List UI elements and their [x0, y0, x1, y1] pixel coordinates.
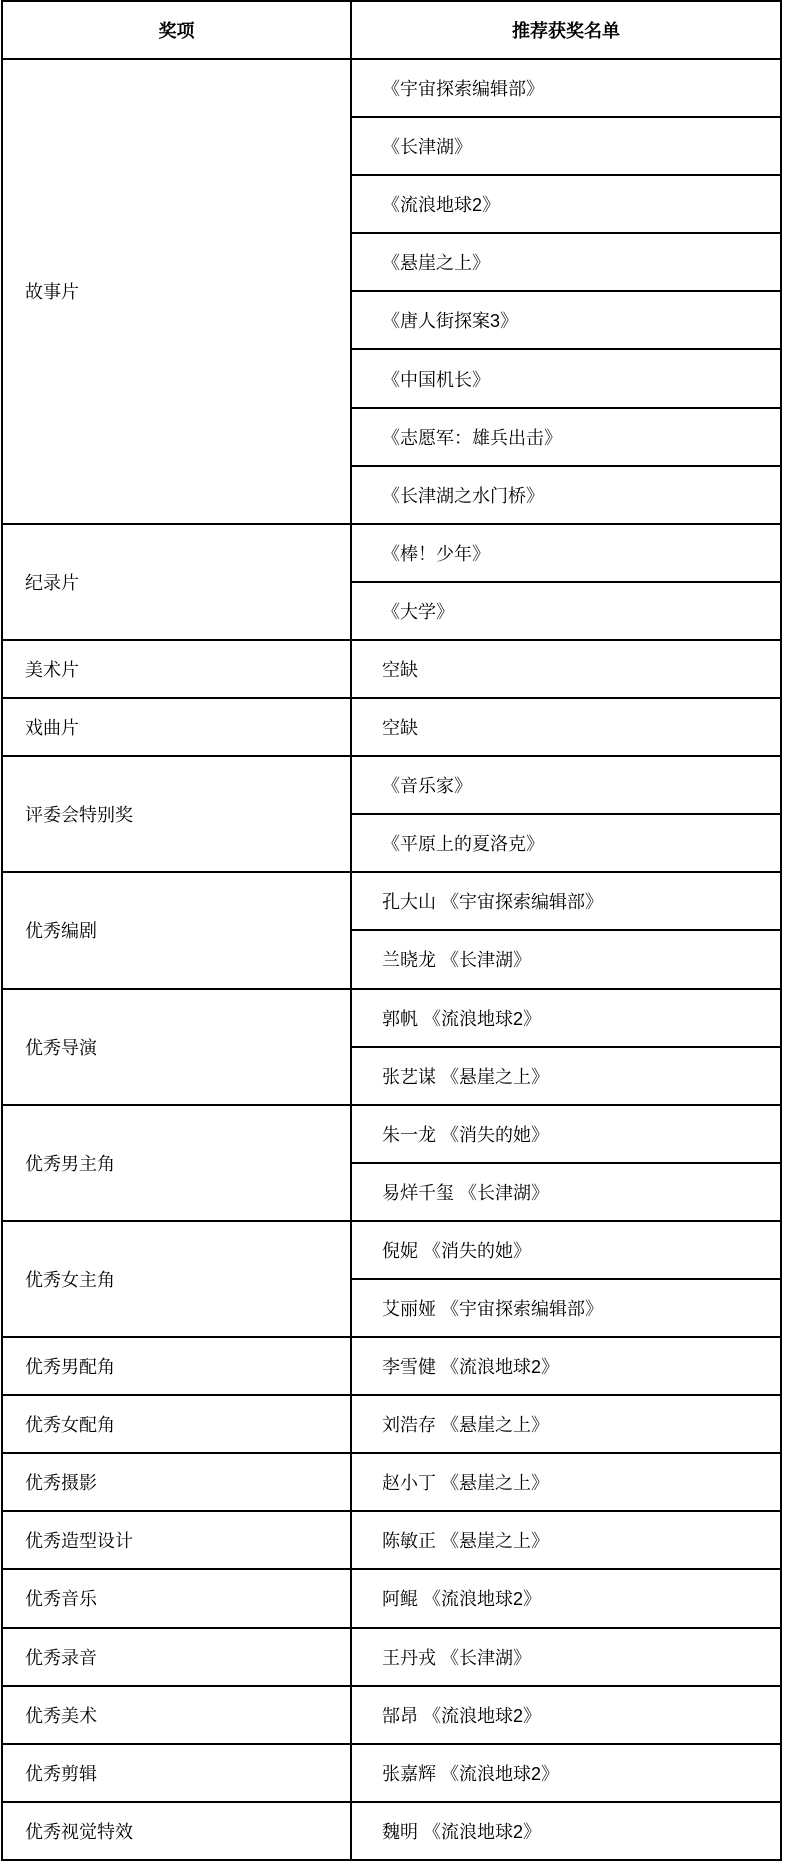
table-body: 故事片《宇宙探索编辑部》《长津湖》《流浪地球2》《悬崖之上》《唐人街探案3》《中… [2, 59, 781, 1860]
award-cell: 优秀摄影 [2, 1453, 351, 1511]
award-cell: 优秀编剧 [2, 872, 351, 988]
award-cell: 评委会特别奖 [2, 756, 351, 872]
table-row: 戏曲片空缺 [2, 698, 781, 756]
winner-cell: 《悬崖之上》 [351, 233, 781, 291]
award-cell: 优秀男主角 [2, 1105, 351, 1221]
winner-cell: 空缺 [351, 640, 781, 698]
winner-cell: 倪妮 《消失的她》 [351, 1221, 781, 1279]
winner-cell: 《唐人街探案3》 [351, 291, 781, 349]
winner-cell: 《音乐家》 [351, 756, 781, 814]
winner-cell: 易烊千玺 《长津湖》 [351, 1163, 781, 1221]
award-cell: 优秀录音 [2, 1628, 351, 1686]
awards-table: 奖项 推荐获奖名单 故事片《宇宙探索编辑部》《长津湖》《流浪地球2》《悬崖之上》… [1, 0, 782, 1861]
table-row: 评委会特别奖《音乐家》 [2, 756, 781, 814]
award-cell: 优秀美术 [2, 1686, 351, 1744]
award-cell: 戏曲片 [2, 698, 351, 756]
winner-cell: 孔大山 《宇宙探索编辑部》 [351, 872, 781, 930]
winner-cell: 阿鲲 《流浪地球2》 [351, 1569, 781, 1627]
table-row: 优秀录音王丹戎 《长津湖》 [2, 1628, 781, 1686]
table-row: 优秀摄影赵小丁 《悬崖之上》 [2, 1453, 781, 1511]
winner-cell: 《大学》 [351, 582, 781, 640]
winners-column-header: 推荐获奖名单 [351, 1, 781, 59]
winner-cell: 魏明 《流浪地球2》 [351, 1802, 781, 1860]
award-cell: 优秀视觉特效 [2, 1802, 351, 1860]
winner-cell: 《流浪地球2》 [351, 175, 781, 233]
winner-cell: 朱一龙 《消失的她》 [351, 1105, 781, 1163]
table-row: 优秀导演郭帆 《流浪地球2》 [2, 989, 781, 1047]
award-cell: 优秀男配角 [2, 1337, 351, 1395]
table-row: 纪录片《棒！少年》 [2, 524, 781, 582]
award-cell: 优秀女配角 [2, 1395, 351, 1453]
award-cell: 优秀女主角 [2, 1221, 351, 1337]
award-cell: 故事片 [2, 59, 351, 524]
award-column-header: 奖项 [2, 1, 351, 59]
winner-cell: 李雪健 《流浪地球2》 [351, 1337, 781, 1395]
winner-cell: 《中国机长》 [351, 349, 781, 407]
winner-cell: 《平原上的夏洛克》 [351, 814, 781, 872]
award-cell: 优秀造型设计 [2, 1511, 351, 1569]
winner-cell: 张嘉辉 《流浪地球2》 [351, 1744, 781, 1802]
table-row: 优秀美术郜昂 《流浪地球2》 [2, 1686, 781, 1744]
table-row: 优秀剪辑张嘉辉 《流浪地球2》 [2, 1744, 781, 1802]
table-row: 优秀音乐阿鲲 《流浪地球2》 [2, 1569, 781, 1627]
winner-cell: 张艺谋 《悬崖之上》 [351, 1047, 781, 1105]
winner-cell: 《志愿军：雄兵出击》 [351, 408, 781, 466]
award-cell: 优秀导演 [2, 989, 351, 1105]
winner-cell: 《长津湖之水门桥》 [351, 466, 781, 524]
table-row: 优秀女配角刘浩存 《悬崖之上》 [2, 1395, 781, 1453]
winner-cell: 赵小丁 《悬崖之上》 [351, 1453, 781, 1511]
table-row: 优秀男主角朱一龙 《消失的她》 [2, 1105, 781, 1163]
table-row: 故事片《宇宙探索编辑部》 [2, 59, 781, 117]
table-row: 优秀女主角倪妮 《消失的她》 [2, 1221, 781, 1279]
winner-cell: 《棒！少年》 [351, 524, 781, 582]
header-row: 奖项 推荐获奖名单 [2, 1, 781, 59]
table-row: 优秀编剧孔大山 《宇宙探索编辑部》 [2, 872, 781, 930]
award-cell: 优秀音乐 [2, 1569, 351, 1627]
table-row: 美术片空缺 [2, 640, 781, 698]
award-cell: 优秀剪辑 [2, 1744, 351, 1802]
winner-cell: 刘浩存 《悬崖之上》 [351, 1395, 781, 1453]
winner-cell: 郜昂 《流浪地球2》 [351, 1686, 781, 1744]
table-row: 优秀视觉特效魏明 《流浪地球2》 [2, 1802, 781, 1860]
winner-cell: 郭帆 《流浪地球2》 [351, 989, 781, 1047]
winner-cell: 兰晓龙 《长津湖》 [351, 930, 781, 988]
winner-cell: 王丹戎 《长津湖》 [351, 1628, 781, 1686]
winner-cell: 艾丽娅 《宇宙探索编辑部》 [351, 1279, 781, 1337]
table-row: 优秀男配角李雪健 《流浪地球2》 [2, 1337, 781, 1395]
award-cell: 纪录片 [2, 524, 351, 640]
winner-cell: 空缺 [351, 698, 781, 756]
award-cell: 美术片 [2, 640, 351, 698]
table-row: 优秀造型设计陈敏正 《悬崖之上》 [2, 1511, 781, 1569]
winner-cell: 《宇宙探索编辑部》 [351, 59, 781, 117]
winner-cell: 《长津湖》 [351, 117, 781, 175]
winner-cell: 陈敏正 《悬崖之上》 [351, 1511, 781, 1569]
